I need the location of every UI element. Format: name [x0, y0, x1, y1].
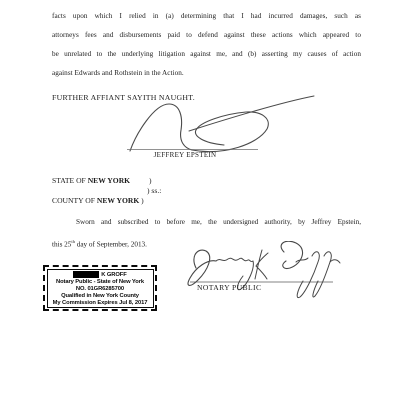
venue-state-paren: ): [149, 176, 152, 186]
redaction-box: [73, 271, 99, 278]
venue-county-prefix: COUNTY OF: [52, 196, 97, 205]
stamp-qualified-line: Qualified in New York County: [48, 293, 153, 300]
notary-signature-scribble-icon: [182, 241, 344, 307]
venue-state-line: STATE OF NEW YORK ): [52, 176, 182, 186]
jurat-line2-suffix: day of September, 2013.: [75, 240, 147, 248]
venue-ss: ) ss.:: [147, 186, 161, 196]
venue-county-paren: ): [139, 196, 143, 205]
affidavit-page: facts upon which I relied in (a) determi…: [0, 0, 400, 400]
jurat-line2-prefix: this 25: [52, 240, 71, 248]
notary-title-label: NOTARY PUBLIC: [197, 283, 261, 292]
notary-stamp: K GROFF Notary Public - State of New Yor…: [43, 265, 157, 311]
venue-block: STATE OF NEW YORK ) ) ss.: COUNTY OF NEW…: [52, 176, 182, 206]
stamp-name-text: K GROFF: [101, 272, 126, 278]
stamp-title-line: Notary Public - State of New York: [48, 279, 153, 286]
epstein-signature-scribble-icon: [118, 88, 328, 160]
stamp-expires-line: My Commission Expires Jul 8, 2017: [48, 300, 153, 307]
venue-county-line: COUNTY OF NEW YORK ): [52, 196, 182, 206]
body-line-1: facts upon which I relied in (a) determi…: [52, 7, 361, 26]
body-paragraph: facts upon which I relied in (a) determi…: [52, 7, 361, 83]
venue-state-prefix: STATE OF: [52, 176, 88, 185]
venue-ss-line: ) ss.:: [52, 186, 182, 196]
notary-stamp-inner: K GROFF Notary Public - State of New Yor…: [47, 269, 154, 308]
signatory-name: JEFFREY EPSTEIN: [148, 151, 222, 159]
venue-state-name: NEW YORK: [88, 176, 130, 185]
stamp-name-line: K GROFF: [48, 271, 153, 279]
body-line-2: attorneys fees and disbursements paid to…: [52, 26, 361, 45]
stamp-number-line: NO. 01GR6285700: [48, 286, 153, 293]
body-line-3: be unrelated to the underlying litigatio…: [52, 45, 361, 64]
venue-county-name: NEW YORK: [97, 196, 139, 205]
jurat-line-1: Sworn and subscribed to before me, the u…: [52, 213, 361, 232]
body-line-4: against Edwards and Rothstein in the Act…: [52, 64, 361, 83]
